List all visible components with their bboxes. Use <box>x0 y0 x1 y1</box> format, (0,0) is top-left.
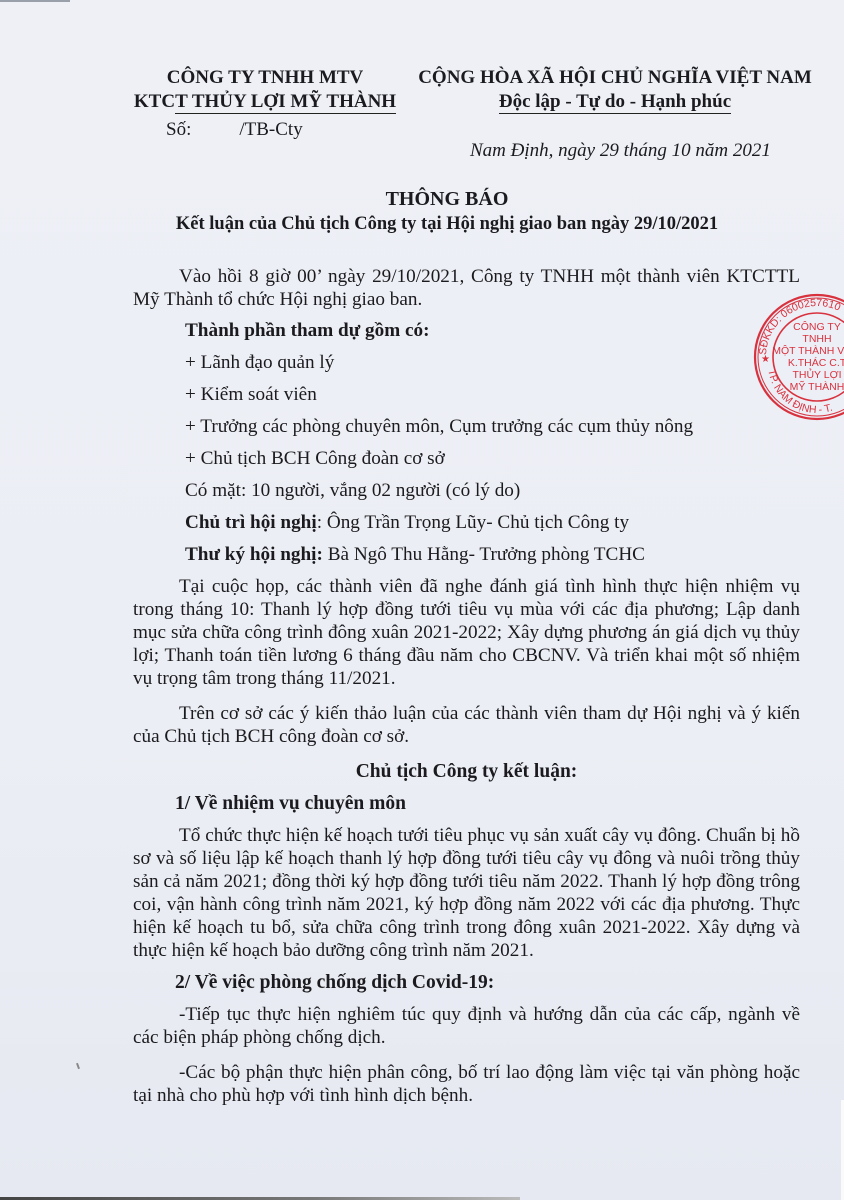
section-1-heading: 1/ Về nhiệm vụ chuyên môn <box>133 792 800 815</box>
title-block: THÔNG BÁO Kết luận của Chủ tịch Công ty … <box>0 186 844 236</box>
svg-text:TNHH: TNHH <box>802 333 831 345</box>
section-2-item: -Các bộ phận thực hiện phân công, bố trí… <box>133 1061 800 1107</box>
attendee-item: + Trưởng các phòng chuyên môn, Cụm trưởn… <box>133 415 800 438</box>
company-seal-stamp: SĐKKD: 0600257610 TP. NAM ĐỊNH - T. ★ CÔ… <box>752 292 844 422</box>
basis-paragraph: Trên cơ sở các ý kiến thảo luận của các … <box>133 702 800 748</box>
section-2-heading: 2/ Về việc phòng chống dịch Covid-19: <box>133 971 800 994</box>
intro-paragraph: Vào hồi 8 giờ 00’ ngày 29/10/2021, Công … <box>133 265 800 311</box>
document-subtitle: Kết luận của Chủ tịch Công ty tại Hội ng… <box>0 212 844 236</box>
secretary-line: Thư ký hội nghị: Bà Ngô Thu Hằng- Trưởng… <box>133 543 800 566</box>
scan-edge <box>0 0 70 2</box>
document-date: Nam Định, ngày 29 tháng 10 năm 2021 <box>470 140 771 162</box>
conclusion-heading: Chủ tịch Công ty kết luận: <box>133 760 800 783</box>
company-name-line1: CÔNG TY TNHH MTV <box>130 66 400 90</box>
national-motto: Độc lập - Tự do - Hạnh phúc <box>499 90 731 114</box>
svg-text:THỦY LỢI: THỦY LỢI <box>792 368 841 381</box>
company-header: CÔNG TY TNHH MTV KTCT THỦY LỢI MỸ THÀNH … <box>130 66 400 142</box>
review-paragraph: Tại cuộc họp, các thành viên đã nghe đán… <box>133 575 800 690</box>
national-title: CỘNG HÒA XÃ HỘI CHỦ NGHĨA VIỆT NAM <box>405 66 825 90</box>
svg-text:CÔNG TY: CÔNG TY <box>793 320 841 333</box>
svg-text:K.THÁC C.T: K.THÁC C.T <box>788 356 844 369</box>
section-1-text: Tổ chức thực hiện kế hoạch tưới tiêu phụ… <box>133 824 800 962</box>
document-number: Số:/TB-Cty <box>130 118 400 142</box>
chair-line: Chủ trì hội nghị: Ông Trần Trọng Lũy- Ch… <box>133 511 800 534</box>
attendee-item: + Kiểm soát viên <box>133 383 800 406</box>
svg-text:MỸ THÀNH: MỸ THÀNH <box>790 380 844 393</box>
svg-text:★: ★ <box>761 354 770 365</box>
national-header: CỘNG HÒA XÃ HỘI CHỦ NGHĨA VIỆT NAM Độc l… <box>405 66 825 114</box>
attendance-count: Có mặt: 10 người, vắng 02 người (có lý d… <box>133 479 800 502</box>
document-body: Vào hồi 8 giờ 00’ ngày 29/10/2021, Công … <box>133 265 800 1107</box>
svg-text:MỘT THÀNH VIÊN: MỘT THÀNH VIÊN <box>772 344 844 357</box>
attendee-item: + Chủ tịch BCH Công đoàn cơ sở <box>133 447 800 470</box>
attendee-item: + Lãnh đạo quản lý <box>133 351 800 374</box>
scan-speck <box>76 1063 80 1069</box>
company-name-line2: KTCT THỦY LỢI MỸ THÀNH <box>130 90 400 114</box>
attendees-heading: Thành phần tham dự gồm có: <box>133 319 800 342</box>
document-title: THÔNG BÁO <box>0 186 844 212</box>
document-page: CÔNG TY TNHH MTV KTCT THỦY LỢI MỸ THÀNH … <box>0 0 844 1200</box>
section-2-item: -Tiếp tục thực hiện nghiêm túc quy định … <box>133 1003 800 1049</box>
